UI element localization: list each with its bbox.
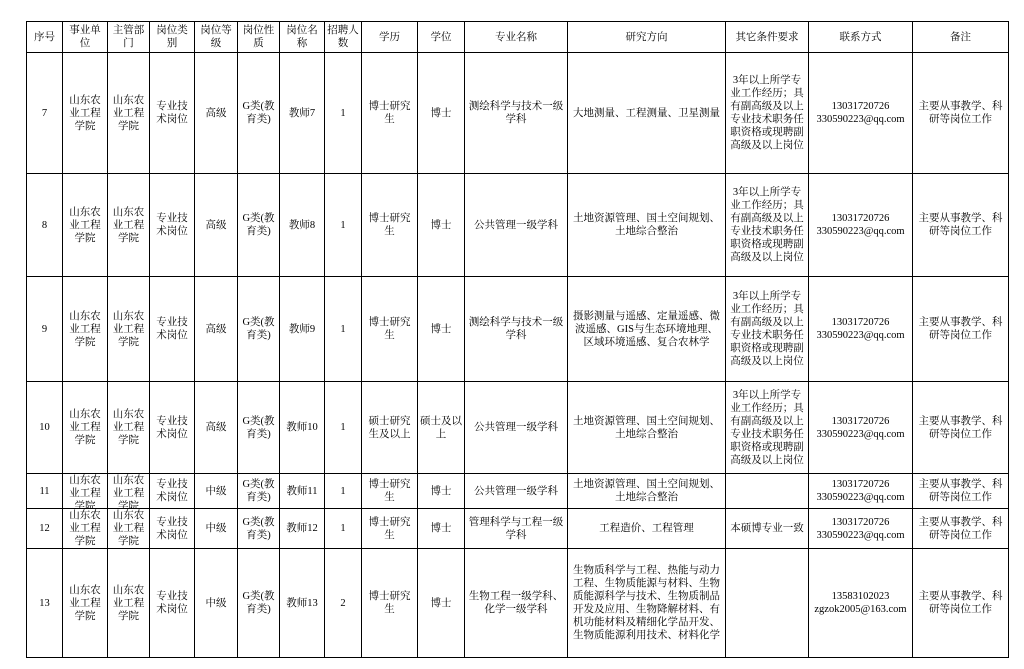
table-cell: 博士研究生 [362,174,418,277]
table-cell: 13031720726 330590223@qq.com [809,509,913,549]
table-cell-text: G类(教育类) [240,100,277,126]
table-cell-text: 中级 [197,485,235,498]
table-cell: 博士研究生 [362,549,418,658]
table-row: 13山东农业工程学院山东农业工程学院专业技术岗位中级G类(教育类)教师132博士… [27,549,1009,658]
table-cell: 博士 [418,509,465,549]
table-cell: 主要从事教学、科研等岗位工作 [913,382,1009,474]
table-cell: 硕士及以上 [418,382,465,474]
table-cell: 教师13 [280,549,325,658]
table-cell: 2 [325,549,362,658]
table-cell: 教师8 [280,174,325,277]
table-cell-text: 3年以上所学专业工作经历；具有副高级及以上专业技术职务任职资格或现聘副高级及以上… [728,290,806,368]
table-cell-text: 专业技术岗位 [152,516,192,542]
table-cell: 11 [27,474,63,509]
table-cell-text: 10 [29,421,60,434]
table-cell [726,474,809,509]
table-cell: 主要从事教学、科研等岗位工作 [913,474,1009,509]
table-cell-text: 教师12 [282,522,322,535]
column-header: 专业名称 [465,22,568,53]
table-cell-text: 山东农业工程学院 [65,584,105,623]
table-cell: 高级 [195,277,238,382]
table-cell: 硕士研究生及以上 [362,382,418,474]
column-header: 研究方向 [568,22,726,53]
table-cell-text: 3年以上所学专业工作经历；具有副高级及以上专业技术职务任职资格或现聘副高级及以上… [728,186,806,264]
table-cell-text: 中级 [197,597,235,610]
table-cell: 3年以上所学专业工作经历；具有副高级及以上专业技术职务任职资格或现聘副高级及以上… [726,382,809,474]
table-cell: 生物工程一级学科、化学一级学科 [465,549,568,658]
table-cell: 13031720726 330590223@qq.com [809,174,913,277]
column-header-text: 专业名称 [467,31,565,44]
table-cell: 山东农业工程学院 [108,277,150,382]
table-cell-text: 主要从事教学、科研等岗位工作 [915,316,1006,342]
column-header-text: 招聘人数 [327,24,359,50]
column-header: 学历 [362,22,418,53]
table-cell-text: 山东农业工程学院 [110,474,147,508]
table-cell [726,549,809,658]
table-cell: 13031720726 330590223@qq.com [809,474,913,509]
table-cell: 土地资源管理、国土空间规划、土地综合整治 [568,474,726,509]
table-cell: 1 [325,277,362,382]
table-row: 7山东农业工程学院山东农业工程学院专业技术岗位高级G类(教育类)教师71博士研究… [27,53,1009,174]
table-cell: 10 [27,382,63,474]
table-cell-text: 13031720726 330590223@qq.com [811,516,910,542]
table-cell: 1 [325,174,362,277]
table-cell-text: 专业技术岗位 [152,478,192,504]
table-cell-text: 教师11 [282,485,322,498]
table-header: 序号事业单位主管部门岗位类别岗位等级岗位性质岗位名称招聘人数学历学位专业名称研究… [27,22,1009,53]
table-cell: 教师7 [280,53,325,174]
table-cell-text: 专业技术岗位 [152,100,192,126]
table-row: 10山东农业工程学院山东农业工程学院专业技术岗位高级G类(教育类)教师101硕士… [27,382,1009,474]
table-cell-text: G类(教育类) [240,478,277,504]
column-header: 序号 [27,22,63,53]
table-cell: 山东农业工程学院 [63,509,108,549]
table-cell-text: 高级 [197,323,235,336]
table-cell: 13031720726 330590223@qq.com [809,382,913,474]
table-row: 9山东农业工程学院山东农业工程学院专业技术岗位高级G类(教育类)教师91博士研究… [27,277,1009,382]
table-cell-text: 山东农业工程学院 [65,94,105,133]
table-cell: 专业技术岗位 [150,53,195,174]
table-cell: 土地资源管理、国土空间规划、土地综合整治 [568,174,726,277]
table-cell-text: 13031720726 330590223@qq.com [811,478,910,504]
table-row: 11山东农业工程学院山东农业工程学院专业技术岗位中级G类(教育类)教师111博士… [27,474,1009,509]
table-cell: 博士 [418,53,465,174]
table-cell: G类(教育类) [238,53,280,174]
table-cell: 博士 [418,549,465,658]
table-cell: 教师12 [280,509,325,549]
column-header-text: 备注 [915,31,1006,44]
table-cell: 13031720726 330590223@qq.com [809,277,913,382]
table-cell-text: 专业技术岗位 [152,415,192,441]
table-cell: 13031720726 330590223@qq.com [809,53,913,174]
table-cell-text: 11 [29,485,60,498]
table-body: 7山东农业工程学院山东农业工程学院专业技术岗位高级G类(教育类)教师71博士研究… [27,53,1009,658]
table-cell-text: G类(教育类) [240,415,277,441]
table-cell: 管理科学与工程一级学科 [465,509,568,549]
table-cell: 12 [27,509,63,549]
table-cell: 中级 [195,509,238,549]
table-cell: 山东农业工程学院 [108,474,150,509]
column-header-text: 其它条件要求 [728,31,806,44]
table-cell: 博士研究生 [362,509,418,549]
table-cell-text: 山东农业工程学院 [65,408,105,447]
table-cell: 生物质科学与工程、热能与动力工程、生物质能源与材料、生物质能源科学与技术、生物质… [568,549,726,658]
table-cell: 土地资源管理、国土空间规划、土地综合整治 [568,382,726,474]
table-cell-text: 山东农业工程学院 [65,509,105,548]
table-cell: 教师9 [280,277,325,382]
table-cell-text: 管理科学与工程一级学科 [467,516,565,542]
table-cell-text: 主要从事教学、科研等岗位工作 [915,478,1006,504]
table-cell: 大地测量、工程测量、卫星测量 [568,53,726,174]
table-cell-text: 山东农业工程学院 [110,584,147,623]
table-cell: 1 [325,474,362,509]
table-cell-text: 教师13 [282,597,322,610]
table-cell: G类(教育类) [238,174,280,277]
table-cell-text: 公共管理一级学科 [467,421,565,434]
table-cell: 9 [27,277,63,382]
table-cell-text: 博士研究生 [364,478,415,504]
table-cell: 博士 [418,277,465,382]
table-cell-text: 博士 [420,323,462,336]
table-cell: 博士研究生 [362,277,418,382]
table-cell-text: 硕士及以上 [420,415,462,441]
table-row: 12山东农业工程学院山东农业工程学院专业技术岗位中级G类(教育类)教师121博士… [27,509,1009,549]
table-cell: G类(教育类) [238,509,280,549]
table-cell: G类(教育类) [238,277,280,382]
table-cell-text: 高级 [197,421,235,434]
document-page: 序号事业单位主管部门岗位类别岗位等级岗位性质岗位名称招聘人数学历学位专业名称研究… [0,0,1024,669]
table-cell: 博士 [418,474,465,509]
table-cell: 山东农业工程学院 [108,509,150,549]
column-header-text: 岗位名称 [282,24,322,50]
table-cell-text: 博士研究生 [364,316,415,342]
table-cell-text: 高级 [197,107,235,120]
column-header-text: 岗位类别 [152,24,192,50]
table-cell-text: 山东农业工程学院 [65,206,105,245]
table-cell-text: 土地资源管理、国土空间规划、土地综合整治 [570,478,723,504]
table-cell-text: 9 [29,323,60,336]
table-cell: 高级 [195,382,238,474]
table-cell-text: 2 [327,597,359,610]
table-cell-text: G类(教育类) [240,590,277,616]
column-header-text: 序号 [29,31,60,44]
table-cell-text: 博士研究生 [364,516,415,542]
table-cell: 主要从事教学、科研等岗位工作 [913,549,1009,658]
table-cell-text: 13031720726 330590223@qq.com [811,100,910,126]
table-cell: 山东农业工程学院 [63,53,108,174]
table-cell: 山东农业工程学院 [63,474,108,509]
table-cell: G类(教育类) [238,549,280,658]
column-header-text: 事业单位 [65,24,105,50]
table-cell-text: G类(教育类) [240,316,277,342]
column-header: 备注 [913,22,1009,53]
table-cell-text: 主要从事教学、科研等岗位工作 [915,100,1006,126]
table-cell-text: 山东农业工程学院 [110,206,147,245]
table-cell: 教师11 [280,474,325,509]
table-cell-text: 1 [327,522,359,535]
table-cell-text: 7 [29,107,60,120]
table-cell: 3年以上所学专业工作经历；具有副高级及以上专业技术职务任职资格或现聘副高级及以上… [726,53,809,174]
table-cell-text: 1 [327,421,359,434]
table-cell-text: 博士研究生 [364,212,415,238]
table-cell-text: G类(教育类) [240,516,277,542]
table-cell-text: 专业技术岗位 [152,212,192,238]
table-cell: 专业技术岗位 [150,174,195,277]
table-cell: 3年以上所学专业工作经历；具有副高级及以上专业技术职务任职资格或现聘副高级及以上… [726,174,809,277]
table-cell-text: 博士 [420,597,462,610]
table-row: 8山东农业工程学院山东农业工程学院专业技术岗位高级G类(教育类)教师81博士研究… [27,174,1009,277]
table-cell: 13583102023 zgzok2005@163.com [809,549,913,658]
table-cell: 主要从事教学、科研等岗位工作 [913,174,1009,277]
table-cell-text: 山东农业工程学院 [110,509,147,548]
table-cell: 测绘科学与技术一级学科 [465,53,568,174]
table-cell-text: 主要从事教学、科研等岗位工作 [915,212,1006,238]
table-cell-text: 公共管理一级学科 [467,485,565,498]
column-header: 招聘人数 [325,22,362,53]
table-cell-text: 中级 [197,522,235,535]
table-cell: 山东农业工程学院 [63,174,108,277]
table-cell-text: 主要从事教学、科研等岗位工作 [915,415,1006,441]
table-cell: 中级 [195,474,238,509]
column-header-text: 岗位性质 [240,24,277,50]
table-cell: 1 [325,382,362,474]
table-cell-text: 摄影测量与遥感、定量遥感、微波遥感、GIS与生态环境地理、区域环境遥感、复合农林… [570,310,723,349]
table-cell: 中级 [195,549,238,658]
table-cell: 博士 [418,174,465,277]
recruitment-table: 序号事业单位主管部门岗位类别岗位等级岗位性质岗位名称招聘人数学历学位专业名称研究… [26,21,1009,658]
column-header: 学位 [418,22,465,53]
table-cell-text: 13583102023 zgzok2005@163.com [811,590,910,616]
table-cell-text: 3年以上所学专业工作经历；具有副高级及以上专业技术职务任职资格或现聘副高级及以上… [728,74,806,152]
table-cell-text: G类(教育类) [240,212,277,238]
table-cell: G类(教育类) [238,474,280,509]
column-header: 事业单位 [63,22,108,53]
table-cell: 专业技术岗位 [150,474,195,509]
table-cell-text: 高级 [197,219,235,232]
column-header-text: 联系方式 [811,31,910,44]
table-cell-text: 13 [29,597,60,610]
table-cell-text: 专业技术岗位 [152,316,192,342]
table-cell: 山东农业工程学院 [108,549,150,658]
table-cell-text: 生物工程一级学科、化学一级学科 [467,590,565,616]
header-row: 序号事业单位主管部门岗位类别岗位等级岗位性质岗位名称招聘人数学历学位专业名称研究… [27,22,1009,53]
column-header: 主管部门 [108,22,150,53]
table-cell: 山东农业工程学院 [63,382,108,474]
table-cell-text: 公共管理一级学科 [467,219,565,232]
table-cell-text: 博士研究生 [364,100,415,126]
table-cell-text: 主要从事教学、科研等岗位工作 [915,590,1006,616]
table-cell-text: 博士研究生 [364,590,415,616]
column-header: 联系方式 [809,22,913,53]
table-cell-text: 土地资源管理、国土空间规划、土地综合整治 [570,415,723,441]
column-header-text: 岗位等级 [197,24,235,50]
table-cell-text: 山东农业工程学院 [110,310,147,349]
table-cell: 1 [325,509,362,549]
table-cell: 摄影测量与遥感、定量遥感、微波遥感、GIS与生态环境地理、区域环境遥感、复合农林… [568,277,726,382]
table-cell-text: 8 [29,219,60,232]
table-cell-text: 山东农业工程学院 [110,94,147,133]
table-cell-text: 博士 [420,485,462,498]
table-cell-text: 博士 [420,219,462,232]
table-cell-text: 山东农业工程学院 [65,310,105,349]
table-cell-text: 本硕博专业一致 [728,522,806,535]
table-cell: 主要从事教学、科研等岗位工作 [913,53,1009,174]
table-cell: 山东农业工程学院 [63,549,108,658]
table-cell-text: 硕士研究生及以上 [364,415,415,441]
table-cell-text: 专业技术岗位 [152,590,192,616]
table-cell: 博士研究生 [362,474,418,509]
table-cell: 公共管理一级学科 [465,474,568,509]
column-header-text: 学历 [364,31,415,44]
table-cell: 山东农业工程学院 [63,277,108,382]
table-cell-text: 教师8 [282,219,322,232]
table-cell: 1 [325,53,362,174]
table-cell: 公共管理一级学科 [465,174,568,277]
table-cell: 专业技术岗位 [150,382,195,474]
table-cell: 山东农业工程学院 [108,174,150,277]
table-cell-text: 测绘科学与技术一级学科 [467,316,565,342]
table-cell-text: 13031720726 330590223@qq.com [811,212,910,238]
table-cell-text: 博士 [420,522,462,535]
table-cell: 13 [27,549,63,658]
table-cell-text: 教师7 [282,107,322,120]
table-cell: 教师10 [280,382,325,474]
table-cell: 高级 [195,53,238,174]
column-header: 岗位类别 [150,22,195,53]
column-header: 岗位性质 [238,22,280,53]
table-cell-text: 生物质科学与工程、热能与动力工程、生物质能源与材料、生物质能源科学与技术、生物质… [570,564,723,642]
table-cell-text: 教师10 [282,421,322,434]
table-cell-text: 主要从事教学、科研等岗位工作 [915,516,1006,542]
table-cell: 7 [27,53,63,174]
table-cell: 博士研究生 [362,53,418,174]
table-cell-text: 教师9 [282,323,322,336]
table-cell-text: 1 [327,219,359,232]
table-cell-text: 博士 [420,107,462,120]
table-cell-text: 1 [327,485,359,498]
table-cell-text: 山东农业工程学院 [65,474,105,508]
table-cell: 高级 [195,174,238,277]
column-header: 岗位名称 [280,22,325,53]
column-header-text: 学位 [420,31,462,44]
table-cell: 测绘科学与技术一级学科 [465,277,568,382]
table-cell-text: 1 [327,107,359,120]
table-cell-text: 3年以上所学专业工作经历；具有副高级及以上专业技术职务任职资格或现聘副高级及以上… [728,389,806,467]
table-cell: 主要从事教学、科研等岗位工作 [913,509,1009,549]
column-header-text: 主管部门 [110,24,147,50]
table-cell: 工程造价、工程管理 [568,509,726,549]
table-cell: 8 [27,174,63,277]
table-cell: 专业技术岗位 [150,277,195,382]
table-cell: 公共管理一级学科 [465,382,568,474]
table-cell-text: 13031720726 330590223@qq.com [811,415,910,441]
column-header: 岗位等级 [195,22,238,53]
table-cell-text: 工程造价、工程管理 [570,522,723,535]
column-header: 其它条件要求 [726,22,809,53]
table-cell: 本硕博专业一致 [726,509,809,549]
table-cell: 主要从事教学、科研等岗位工作 [913,277,1009,382]
table-cell: 专业技术岗位 [150,549,195,658]
column-header-text: 研究方向 [570,31,723,44]
table-cell: 山东农业工程学院 [108,53,150,174]
table-cell: 专业技术岗位 [150,509,195,549]
table-cell-text: 1 [327,323,359,336]
table-cell-text: 山东农业工程学院 [110,408,147,447]
table-cell: 山东农业工程学院 [108,382,150,474]
table-cell-text: 12 [29,522,60,535]
table-cell-text: 13031720726 330590223@qq.com [811,316,910,342]
table-cell-text: 土地资源管理、国土空间规划、土地综合整治 [570,212,723,238]
table-cell: 3年以上所学专业工作经历；具有副高级及以上专业技术职务任职资格或现聘副高级及以上… [726,277,809,382]
table-cell-text: 大地测量、工程测量、卫星测量 [570,107,723,120]
table-cell-text: 测绘科学与技术一级学科 [467,100,565,126]
table-cell: G类(教育类) [238,382,280,474]
